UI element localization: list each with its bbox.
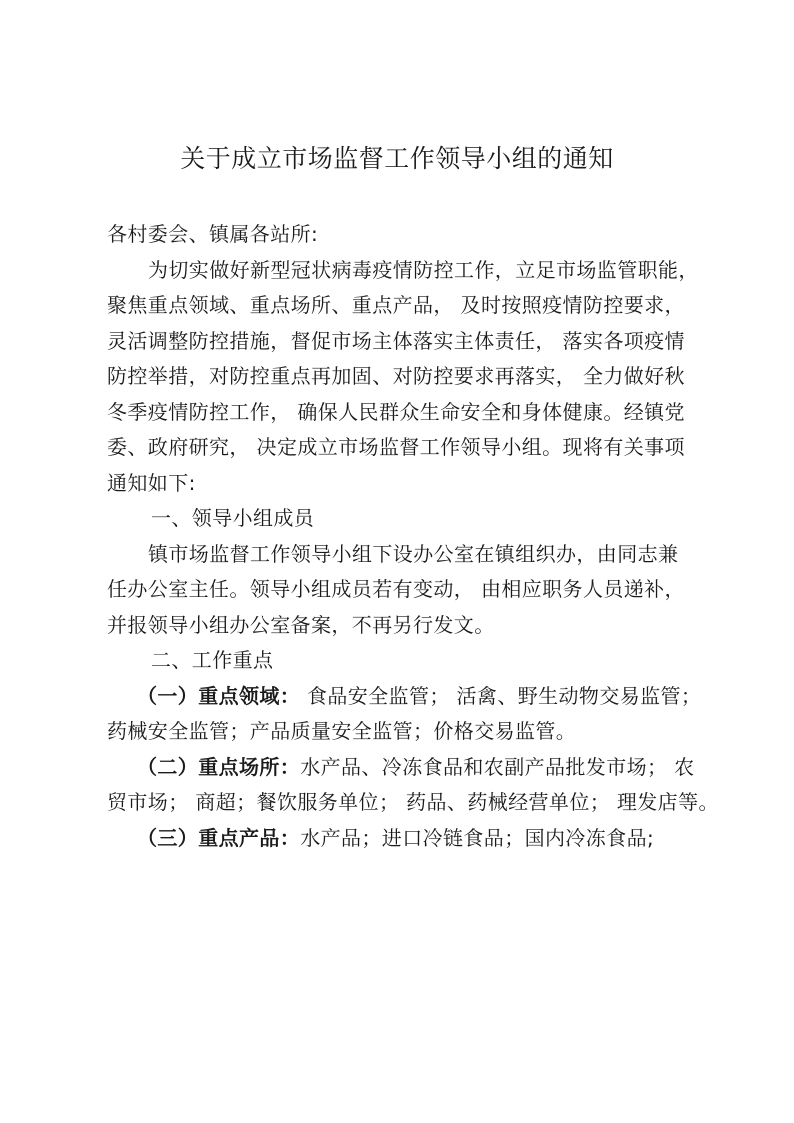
focus-item-text: 水产品；进口冷链食品；国内冷冻食品; — [300, 826, 654, 850]
focus-item-text: 水产品、冷冻食品和农副产品批发市场； 农 — [300, 755, 694, 779]
focus-item-label: （三）重点产品： — [137, 826, 300, 850]
intro-line: 冬季疫情防控工作， 确保人民群众生命安全和身体健康。经镇党 — [107, 397, 727, 427]
focus-item-continuation: 药械安全监管；产品质量安全监管；价格交易监管。 — [107, 716, 727, 746]
intro-line: 委、政府研究， 决定成立市场监督工作领导小组。现将有关事项 — [107, 432, 727, 462]
intro-line: 聚焦重点领域、重点场所、重点产品， 及时按照疫情防控要求， — [107, 290, 727, 320]
section1-line: 任办公室主任。领导小组成员若有变动， 由相应职务人员递补， — [107, 574, 727, 604]
focus-item-label: （二）重点场所： — [137, 755, 300, 779]
salutation: 各村委会、镇属各站所: — [107, 219, 727, 249]
intro-line: 灵活调整防控措施，督促市场主体落实主体责任， 落实各项疫情 — [107, 326, 727, 356]
document-page: 关于成立市场监督工作领导小组的通知 各村委会、镇属各站所: 为切实做好新型冠状病… — [0, 0, 794, 1123]
focus-item-text: 食品安全监管； 活禽、野生动物交易监管； — [300, 684, 701, 708]
focus-item-products: （三）重点产品：水产品；进口冷链食品；国内冷冻食品; — [107, 823, 757, 853]
intro-line: 为切实做好新型冠状病毒疫情防控工作，立足市场监管职能， — [107, 255, 768, 285]
section1-line: 并报领导小组办公室备案，不再另行发文。 — [107, 610, 727, 640]
intro-line: 防控举措，对防控重点再加固、对防控要求再落实， 全力做好秋 — [107, 361, 727, 391]
section-heading-1: 一、领导小组成员 — [107, 503, 771, 533]
intro-line: 通知如下: — [107, 468, 727, 498]
focus-item-areas: （一）重点领域： 食品安全监管； 活禽、野生动物交易监管； — [107, 681, 757, 711]
focus-item-places: （二）重点场所：水产品、冷冻食品和农副产品批发市场； 农 — [107, 752, 757, 782]
section-heading-2: 二、工作重点 — [107, 645, 771, 675]
section1-line: 镇市场监督工作领导小组下设办公室在镇组织办，由同志兼 — [107, 539, 768, 569]
focus-item-label: （一）重点领域： — [137, 684, 300, 708]
document-title: 关于成立市场监督工作领导小组的通知 — [0, 141, 794, 177]
focus-item-continuation: 贸市场； 商超；餐饮服务单位； 药品、药械经营单位； 理发店等。 — [107, 787, 727, 817]
